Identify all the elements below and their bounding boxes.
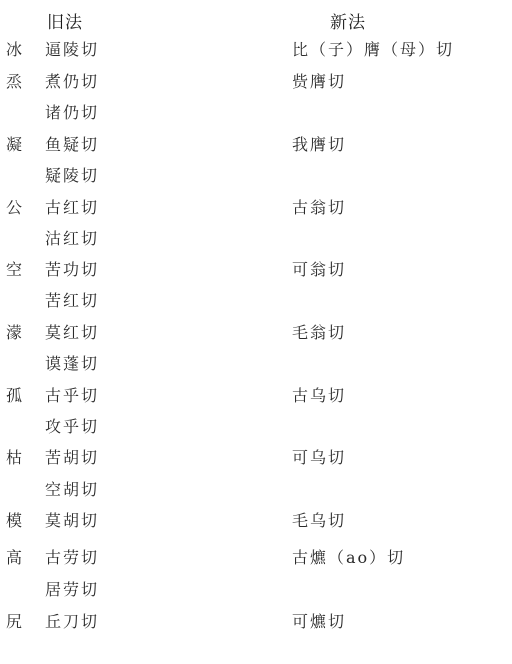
row-character: 模 (6, 507, 22, 535)
table-row: 诸仍切 (0, 99, 512, 127)
old-fanqie: 苦胡切 (45, 444, 99, 472)
table-row: 谟蓬切 (0, 350, 512, 378)
old-fanqie: 鱼疑切 (45, 131, 99, 159)
table-row: 公古红切古翁切 (0, 194, 512, 222)
header-new-method: 新法 (330, 8, 366, 33)
new-fanqie: 可爊切 (292, 608, 346, 636)
row-character: 枯 (6, 444, 22, 472)
new-fanqie: 可乌切 (292, 444, 346, 472)
new-fanqie: 毛乌切 (292, 507, 346, 535)
old-fanqie: 逼陵切 (45, 36, 99, 64)
table-row: 孤古乎切古乌切 (0, 382, 512, 410)
row-character: 公 (6, 194, 22, 222)
table-row: 高古劳切古爊（ao）切 (0, 544, 512, 572)
new-fanqie: 比（子）膺（母）切 (292, 36, 454, 64)
old-fanqie: 空胡切 (45, 476, 99, 504)
header-old-method: 旧法 (47, 8, 83, 33)
new-fanqie: 古翁切 (292, 194, 346, 222)
row-character: 冰 (6, 36, 22, 64)
old-fanqie: 居劳切 (45, 576, 99, 604)
old-fanqie: 莫红切 (45, 319, 99, 347)
table-row: 冰逼陵切比（子）膺（母）切 (0, 36, 512, 64)
row-character: 高 (6, 544, 22, 572)
old-fanqie: 苦红切 (45, 287, 99, 315)
row-character: 烝 (6, 68, 22, 96)
row-character: 孤 (6, 382, 22, 410)
old-fanqie: 古乎切 (45, 382, 99, 410)
table-row: 烝煮仍切赀膺切 (0, 68, 512, 96)
old-fanqie: 沽红切 (45, 225, 99, 253)
old-fanqie: 煮仍切 (45, 68, 99, 96)
new-fanqie: 古乌切 (292, 382, 346, 410)
table-row: 模莫胡切毛乌切 (0, 507, 512, 535)
old-fanqie: 诸仍切 (45, 99, 99, 127)
new-fanqie: 我膺切 (292, 131, 346, 159)
row-character: 尻 (6, 608, 22, 636)
new-fanqie: 赀膺切 (292, 68, 346, 96)
table-row: 枯苦胡切可乌切 (0, 444, 512, 472)
table-row: 沽红切 (0, 225, 512, 253)
table-row: 苦红切 (0, 287, 512, 315)
row-character: 濛 (6, 319, 22, 347)
table-row: 凝鱼疑切我膺切 (0, 131, 512, 159)
table-row: 攻乎切 (0, 413, 512, 441)
table-row: 疑陵切 (0, 162, 512, 190)
old-fanqie: 古劳切 (45, 544, 99, 572)
table-row: 居劳切 (0, 576, 512, 604)
new-fanqie: 古爊（ao）切 (292, 544, 405, 572)
row-character: 凝 (6, 131, 22, 159)
new-fanqie: 可翁切 (292, 256, 346, 284)
old-fanqie: 疑陵切 (45, 162, 99, 190)
old-fanqie: 莫胡切 (45, 507, 99, 535)
old-fanqie: 丘刀切 (45, 608, 99, 636)
table-row: 濛莫红切毛翁切 (0, 319, 512, 347)
table-row: 空苦功切可翁切 (0, 256, 512, 284)
row-character: 空 (6, 256, 22, 284)
table-row: 空胡切 (0, 476, 512, 504)
old-fanqie: 谟蓬切 (45, 350, 99, 378)
old-fanqie: 苦功切 (45, 256, 99, 284)
table-row: 尻丘刀切可爊切 (0, 608, 512, 636)
old-fanqie: 攻乎切 (45, 413, 99, 441)
new-fanqie: 毛翁切 (292, 319, 346, 347)
old-fanqie: 古红切 (45, 194, 99, 222)
